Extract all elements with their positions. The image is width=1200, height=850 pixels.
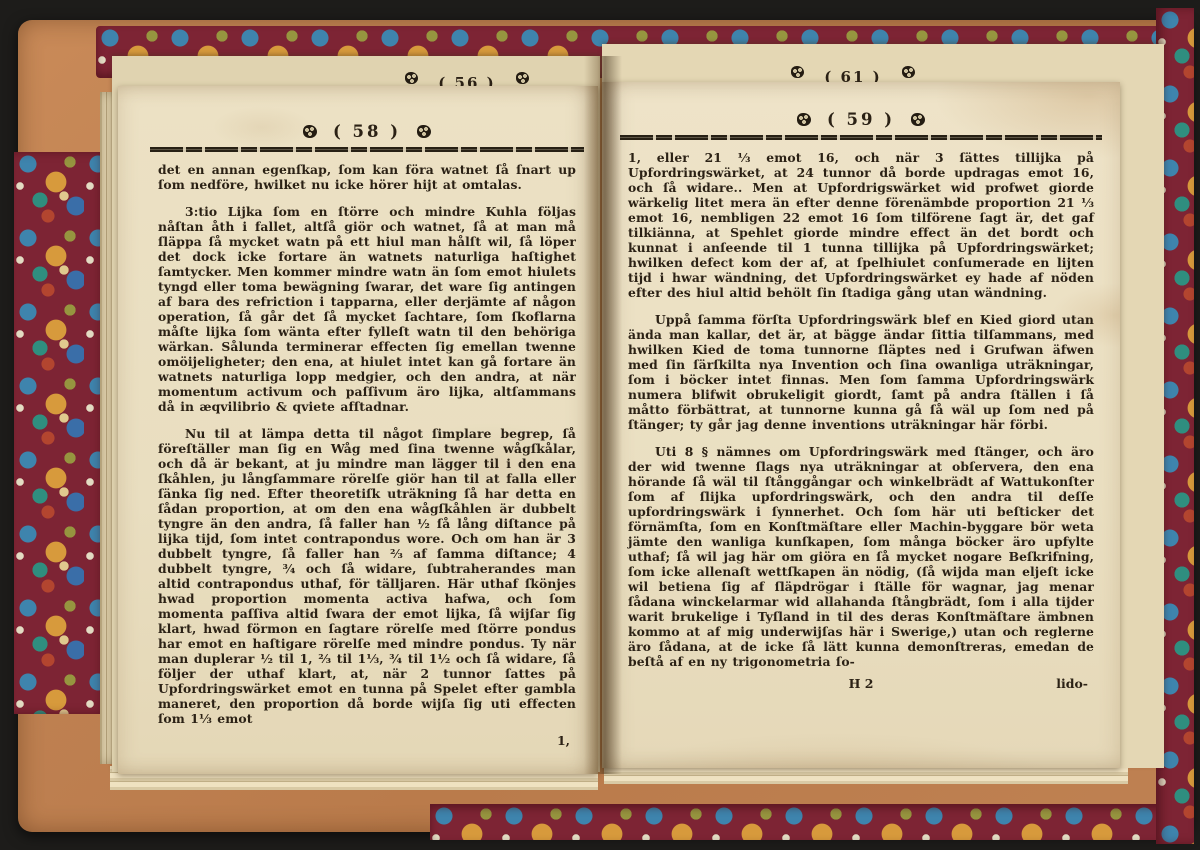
page-number: ( 58 ) (333, 122, 401, 141)
marbled-cover-left-edge (14, 152, 106, 714)
body-paragraph: Nu til at lämpa detta til något ſimplare… (158, 426, 576, 726)
rosette-ornament-icon (516, 72, 529, 84)
page-58: ( 58 ) det en annan egenſkap, ſom kan fö… (118, 86, 598, 774)
page-body: 1, eller 21 ⅓ emot 16, och när 3 ſättes … (628, 150, 1094, 669)
rosette-ornament-icon (405, 72, 418, 84)
body-paragraph: 1, eller 21 ⅓ emot 16, och när 3 ſättes … (628, 150, 1094, 300)
catchword: lido- (1056, 676, 1088, 691)
photo-background: ( 56 ) ( 61 ) ( 58 ) det en annan egenſk… (0, 0, 1200, 850)
hidden-page-header-glimpse: ( 61 ) (758, 66, 948, 83)
hidden-page-number: ( 61 ) (824, 66, 882, 83)
hidden-page-number: ( 56 ) (438, 72, 496, 87)
catchword: 1, (158, 733, 576, 748)
body-paragraph: 3:tio Lijka ſom en ſtörre och mindre Kuh… (158, 204, 576, 414)
rosette-ornament-icon (791, 66, 804, 78)
marbled-cover-bottom-edge (430, 804, 1182, 840)
page-number: ( 59 ) (827, 110, 895, 129)
signature-row: H 2 lido- (628, 676, 1094, 694)
signature-mark: H 2 (628, 676, 1094, 691)
book-gutter-shadow (584, 56, 622, 774)
rosette-ornament-icon (303, 125, 317, 138)
rosette-ornament-icon (417, 125, 431, 138)
page-59: ( 59 ) 1, eller 21 ⅓ emot 16, och när 3 … (602, 82, 1120, 768)
page-header: ( 58 ) (158, 120, 576, 142)
body-paragraph: Uppå ſamma förſta Upfordringswärk blef e… (628, 312, 1094, 432)
rosette-ornament-icon (911, 113, 925, 126)
hidden-page-header-glimpse: ( 56 ) (372, 72, 562, 87)
body-paragraph: Uti 8 § nämnes om Upfordringswärk med ſt… (628, 444, 1094, 669)
rosette-ornament-icon (902, 66, 915, 78)
body-paragraph: det en annan egenſkap, ſom kan föra watn… (158, 162, 576, 192)
page-body: det en annan egenſkap, ſom kan föra watn… (158, 162, 576, 726)
header-rule (620, 135, 1102, 140)
rosette-ornament-icon (797, 113, 811, 126)
page-header: ( 59 ) (628, 108, 1094, 130)
header-rule (150, 147, 584, 152)
